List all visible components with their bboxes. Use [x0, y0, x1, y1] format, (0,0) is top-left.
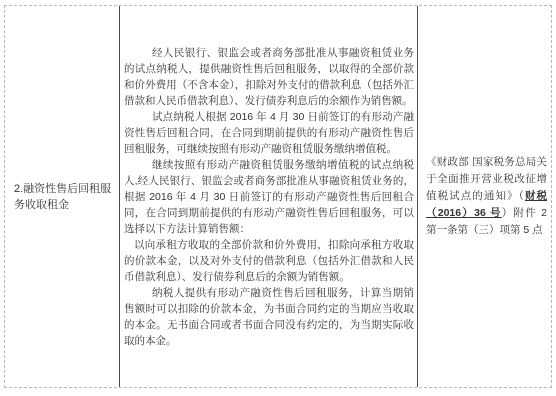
- policy-paragraph-1: 经人民银行、银监会或者商务部批准从事融资租赁业务的试点纳税人，提供融资性售后回租…: [124, 45, 414, 109]
- policy-paragraph-5: 纳税人提供有形动产融资性售后回租服务，计算当期销售额时可以扣除的价款本金，为书面…: [124, 285, 414, 349]
- citation-text: 《财政部 国家税务总局关于全面推开营业税改征增值税试点的通知》（财税（2016）…: [426, 154, 547, 239]
- policy-paragraph-2: 试点纳税人根据 2016 年 4 月 30 日前签订的有形动产融资性售后回租合同…: [124, 109, 414, 157]
- item-name-cell: 2.融资性售后回租服务收取租金: [5, 6, 120, 387]
- tax-policy-table-row: 2.融资性售后回租服务收取租金 经人民银行、银监会或者商务部批准从事融资租赁业务…: [4, 5, 552, 388]
- policy-paragraph-4: 以向承租方收取的全部价款和价外费用，扣除向承租方收取的价款本金，以及对外支付的借…: [124, 237, 414, 285]
- policy-text-block: 经人民银行、银监会或者商务部批准从事融资租赁业务的试点纳税人，提供融资性售后回租…: [124, 45, 414, 349]
- document-page: 2.融资性售后回租服务收取租金 经人民银行、银监会或者商务部批准从事融资租赁业务…: [0, 0, 556, 396]
- item-label: 2.融资性售后回租服务收取租金: [14, 181, 114, 213]
- citation-cell: 《财政部 国家税务总局关于全面推开营业税改征增值税试点的通知》（财税（2016）…: [418, 6, 551, 387]
- policy-paragraph-3: 继续按照有形动产融资租赁服务缴纳增值税的试点纳税人,经人民银行、银监会或者商务部…: [124, 157, 414, 237]
- policy-description-cell: 经人民银行、银监会或者商务部批准从事融资租赁业务的试点纳税人，提供融资性售后回租…: [120, 6, 418, 387]
